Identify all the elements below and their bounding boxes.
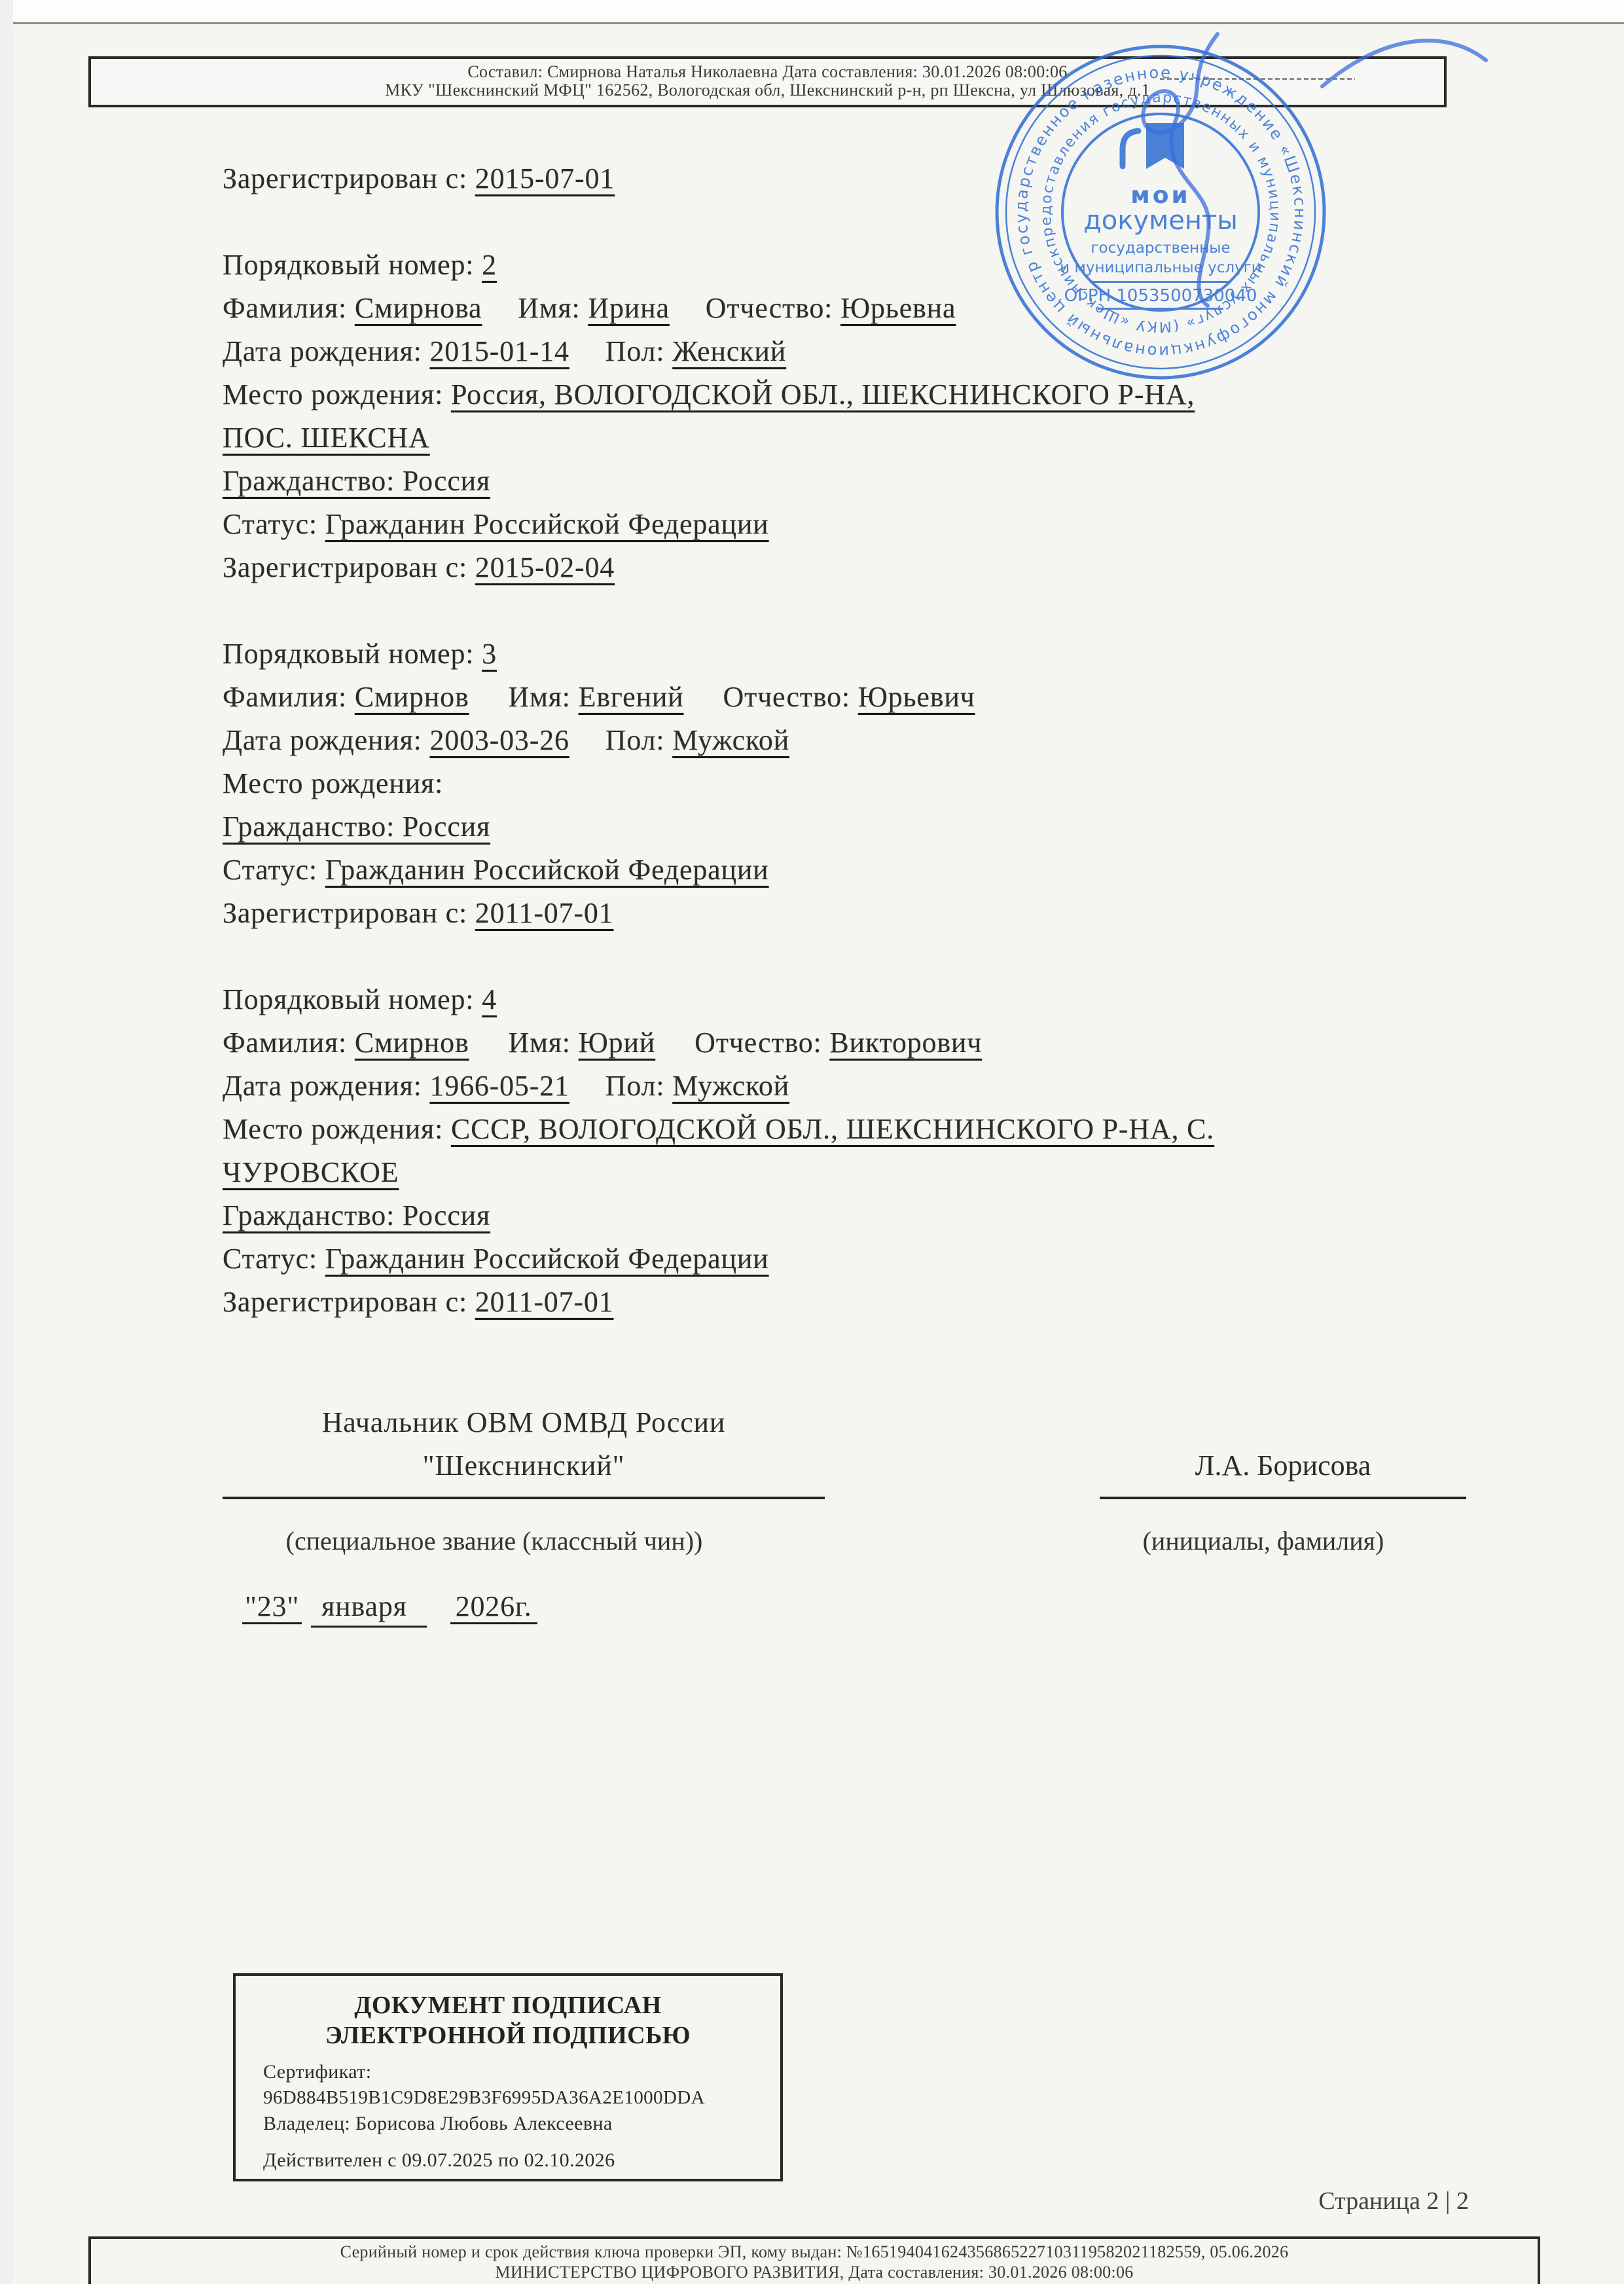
record-label: Дата рождения:	[223, 335, 429, 367]
record-value: Гражданин Российской Федерации	[325, 854, 769, 886]
esign-cert-label: Сертификат:	[263, 2061, 780, 2083]
record-value: 2015-07-01	[475, 162, 615, 194]
record-value: Евгений	[579, 681, 684, 713]
record-value: 2015-01-14	[429, 335, 569, 367]
record-label: Зарегистрирован с:	[223, 897, 475, 929]
record-label: Пол:	[605, 1070, 672, 1102]
record-line: Зарегистрирован с: 2011-07-01	[223, 892, 1499, 935]
record-value: Юрий	[579, 1027, 656, 1059]
record-line: Дата рождения: 2015-01-14Пол: Женский	[223, 330, 1499, 373]
record-value: Смирнов	[355, 681, 469, 713]
record-line: Статус: Гражданин Российской Федерации	[223, 503, 1499, 546]
record-label: Место рождения:	[223, 1113, 451, 1145]
signer-position-title: Начальник ОВМ ОМВД России "Шекснинский"	[223, 1401, 825, 1487]
record-value: СССР, ВОЛОГОДСКОЙ ОБЛ., ШЕКСНИНСКОГО Р-Н…	[451, 1113, 1214, 1145]
record-line: ПОС. ШЕКСНА	[223, 416, 1499, 460]
page-number: Страница 2 | 2	[1178, 2187, 1469, 2215]
record-value: Смирнов	[355, 1027, 469, 1059]
record-line: Зарегистрирован с: 2011-07-01	[223, 1281, 1499, 1324]
record-label: Отчество:	[723, 681, 858, 713]
record-line: Статус: Гражданин Российской Федерации	[223, 848, 1499, 892]
record-line: Дата рождения: 1966-05-21Пол: Мужской	[223, 1065, 1499, 1108]
date-day: "23"	[242, 1590, 302, 1624]
esign-owner: Владелец: Борисова Любовь Алексеевна	[263, 2113, 780, 2135]
footer-line-2: МИНИСТЕРСТВО ЦИФРОВОГО РАЗВИТИЯ, Дата со…	[91, 2262, 1538, 2282]
signature-line-left	[223, 1497, 825, 1499]
record-value: ПОС. ШЕКСНА	[223, 422, 430, 454]
record-value: 3	[482, 638, 497, 670]
record-value: Россия, ВОЛОГОДСКОЙ ОБЛ., ШЕКСНИНСКОГО Р…	[451, 378, 1195, 410]
record-label: Статус:	[223, 508, 325, 540]
registry-record: Порядковый номер: 4Фамилия: СмирновИмя: …	[223, 978, 1499, 1324]
signature-caption-right: (инициалы, фамилия)	[1100, 1525, 1427, 1556]
esign-cert-value: 96D884B519B1C9D8E29B3F6995DA36A2E1000DDA	[263, 2087, 780, 2109]
record-value: 2011-07-01	[475, 897, 614, 929]
record-line: Гражданство: Россия	[223, 460, 1499, 503]
record-line: Порядковый номер: 2	[223, 244, 1499, 287]
record-line: Порядковый номер: 3	[223, 632, 1499, 676]
record-value: Гражданин Российской Федерации	[325, 508, 769, 540]
record-value: 2	[482, 249, 497, 281]
record-value: 1966-05-21	[429, 1070, 569, 1102]
record-label: Пол:	[605, 724, 672, 756]
signature-line-right	[1100, 1497, 1466, 1499]
record-line: Порядковый номер: 4	[223, 978, 1499, 1021]
record-line: Зарегистрирован с: 2015-02-04	[223, 546, 1499, 589]
esign-title-line-1: ДОКУМЕНТ ПОДПИСАН	[236, 1990, 780, 2020]
registry-records: Порядковый номер: 2Фамилия: СмирноваИмя:…	[223, 244, 1499, 1324]
record-value: 2003-03-26	[429, 724, 569, 756]
record-label: Дата рождения:	[223, 724, 429, 756]
record-label: Отчество:	[695, 1027, 829, 1059]
record-value: 2011-07-01	[475, 1286, 614, 1318]
record-label: Пол:	[605, 335, 672, 367]
esign-validity: Действителен с 09.07.2025 по 02.10.2026	[263, 2149, 780, 2172]
date-year: 2026г.	[450, 1590, 537, 1624]
record-label: Место рождения:	[223, 767, 443, 799]
record-label: Отчество:	[706, 292, 840, 324]
record-line: Место рождения: Россия, ВОЛОГОДСКОЙ ОБЛ.…	[223, 373, 1499, 416]
record-label: Зарегистрирован с:	[223, 1286, 475, 1318]
date-month: января	[311, 1590, 427, 1628]
record-label: Имя:	[509, 681, 579, 713]
record-value: Смирнова	[355, 292, 482, 324]
record-label: Фамилия:	[223, 292, 355, 324]
record-line: Фамилия: СмирноваИмя: ИринаОтчество: Юрь…	[223, 287, 1499, 330]
signer-position-line-1: Начальник ОВМ ОМВД России	[223, 1401, 825, 1444]
document-date-line: "23"января2026г.	[242, 1590, 537, 1623]
record-line: Место рождения:	[223, 762, 1499, 805]
record-line: Дата рождения: 2003-03-26Пол: Мужской	[223, 719, 1499, 762]
record-label: Имя:	[509, 1027, 579, 1059]
record-label: Порядковый номер:	[223, 249, 482, 281]
scan-edge-bottom-white	[0, 2284, 1624, 2296]
record-value: Мужской	[672, 1070, 789, 1102]
signer-name: Л.А. Борисова	[1100, 1444, 1466, 1487]
record-label: Имя:	[518, 292, 588, 324]
record-label: Фамилия:	[223, 1027, 355, 1059]
record-value: Викторович	[829, 1027, 982, 1059]
record-label: Зарегистрирован с:	[223, 551, 475, 583]
record-label: Место рождения:	[223, 378, 451, 410]
registry-body: Зарегистрирован с: 2015-07-01 Порядковый…	[223, 157, 1499, 1324]
record-line: ЧУРОВСКОЕ	[223, 1151, 1499, 1194]
record-line: Гражданство: Россия	[223, 805, 1499, 848]
record-value: Женский	[672, 335, 786, 367]
scanned-document-page: Составил: Смирнова Наталья Николаевна Да…	[0, 0, 1624, 2296]
record-label: Зарегистрирован с:	[223, 162, 475, 194]
record-line: Зарегистрирован с: 2015-07-01	[223, 157, 1499, 200]
record-value: 2015-02-04	[475, 551, 615, 583]
esign-title-line-2: ЭЛЕКТРОННОЙ ПОДПИСЬЮ	[236, 2020, 780, 2050]
footer-box: Серийный номер и срок действия ключа про…	[88, 2236, 1540, 2291]
record-value: Юрьевич	[858, 681, 975, 713]
registry-record: Порядковый номер: 2Фамилия: СмирноваИмя:…	[223, 244, 1499, 589]
record-value: Мужской	[672, 724, 789, 756]
record-value: Юрьевна	[840, 292, 956, 324]
record-line: Фамилия: СмирновИмя: ЕвгенийОтчество: Юр…	[223, 676, 1499, 719]
record-value: ЧУРОВСКОЕ	[223, 1156, 399, 1188]
record-line: Гражданство: Россия	[223, 1194, 1499, 1237]
record-value: Ирина	[588, 292, 669, 324]
record-value: Гражданин Российской Федерации	[325, 1243, 769, 1275]
registry-intro-line: Зарегистрирован с: 2015-07-01	[223, 157, 1499, 200]
record-line: Статус: Гражданин Российской Федерации	[223, 1237, 1499, 1281]
signer-position-line-2: "Шекснинский"	[223, 1444, 825, 1487]
record-label: Порядковый номер:	[223, 638, 482, 670]
record-label: Порядковый номер:	[223, 983, 482, 1015]
record-label: Фамилия:	[223, 681, 355, 713]
record-line: Фамилия: СмирновИмя: ЮрийОтчество: Викто…	[223, 1021, 1499, 1065]
record-value: Гражданство: Россия	[223, 465, 490, 497]
scan-edge-left	[0, 0, 13, 2296]
record-label: Дата рождения:	[223, 1070, 429, 1102]
footer-line-1: Серийный номер и срок действия ключа про…	[91, 2242, 1538, 2262]
record-label: Статус:	[223, 854, 325, 886]
record-value: 4	[482, 983, 497, 1015]
registry-record: Порядковый номер: 3Фамилия: СмирновИмя: …	[223, 632, 1499, 935]
record-value: Гражданство: Россия	[223, 1199, 490, 1231]
record-line: Место рождения: СССР, ВОЛОГОДСКОЙ ОБЛ., …	[223, 1108, 1499, 1151]
signature-caption-left: (специальное звание (классный чин))	[216, 1525, 772, 1556]
record-value: Гражданство: Россия	[223, 811, 490, 843]
electronic-signature-box: ДОКУМЕНТ ПОДПИСАН ЭЛЕКТРОННОЙ ПОДПИСЬЮ С…	[233, 1973, 783, 2181]
record-label: Статус:	[223, 1243, 325, 1275]
